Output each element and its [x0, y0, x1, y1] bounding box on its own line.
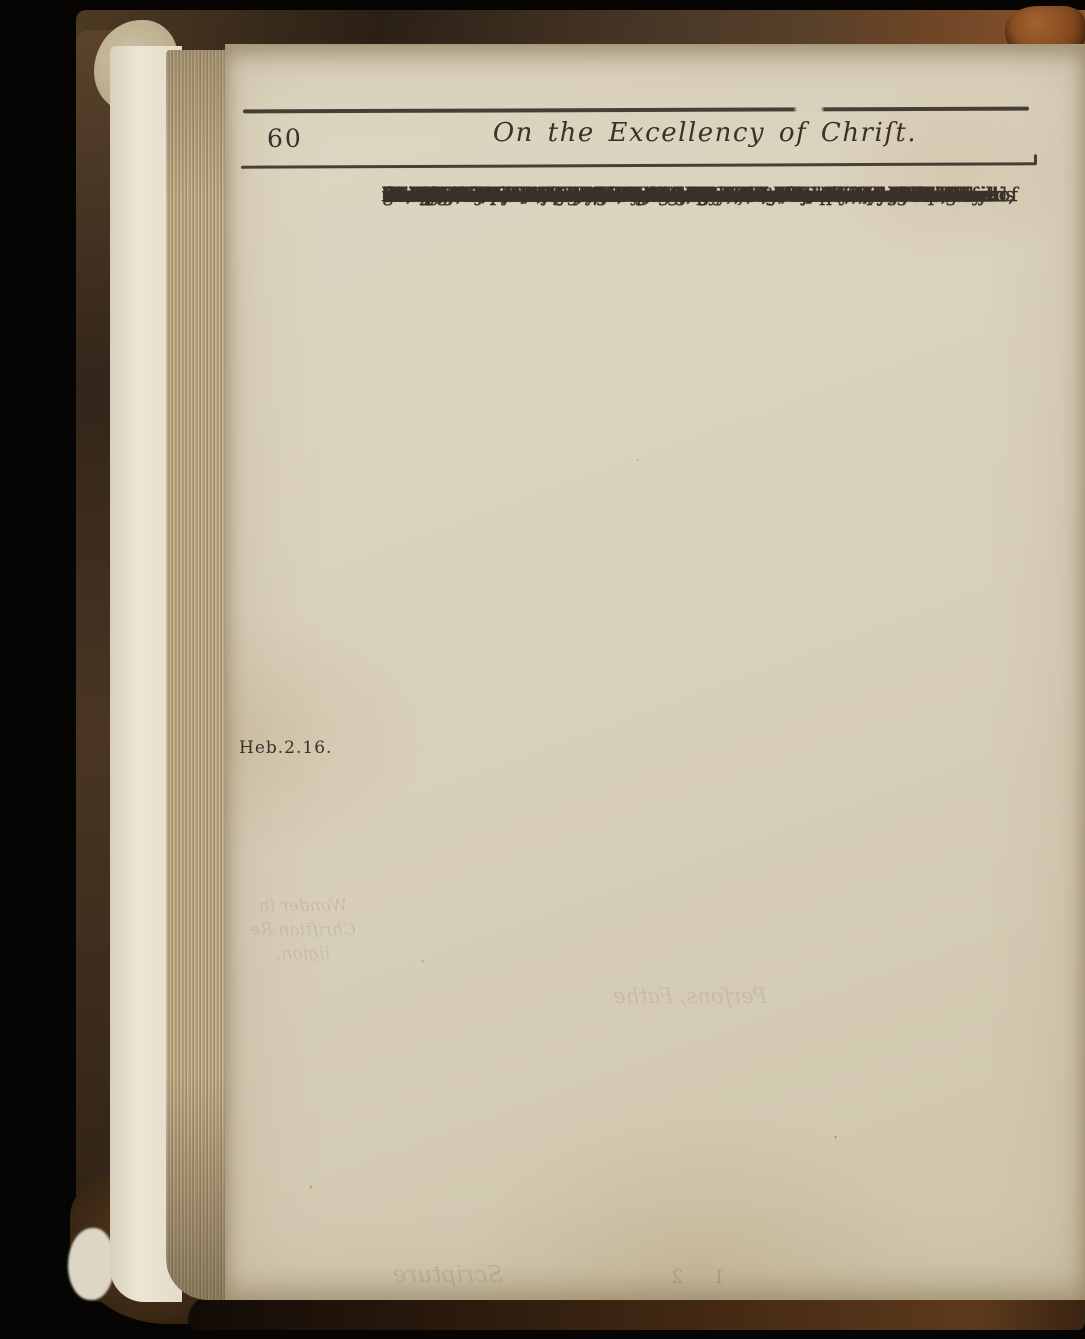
- leather-binding-bottom-edge: [188, 1296, 1085, 1330]
- text-segment: earth,: [382, 180, 444, 209]
- page-number: 60: [267, 124, 303, 153]
- running-head-title: On the Excellency of Chriſt.: [375, 118, 1035, 148]
- book-page: 60 On the Excellency of Chriſt. Heb.2.16…: [225, 44, 1085, 1300]
- page-stack-fore-edge: [166, 50, 228, 1300]
- header-rule-bottom: [241, 162, 1037, 168]
- header-rule-top: [243, 107, 1029, 114]
- bleed-through-signature-mark: I 2: [617, 1266, 777, 1288]
- text-segment: can God that is the Lord of glory , that…: [382, 180, 969, 209]
- torn-paper-patch-bottom: [68, 1228, 114, 1300]
- bleed-through-text-margin: Wonder in Chriſtian Re ligion.: [233, 894, 373, 966]
- bleed-through-text-center: Perſons, Fathe: [525, 984, 855, 1008]
- book-scan-photo: 60 On the Excellency of Chriſt. Heb.2.16…: [0, 0, 1085, 1339]
- margin-note-scripture-reference: Heb.2.16.: [239, 738, 332, 758]
- bleed-through-text-bottom: Scripture: [363, 1262, 533, 1288]
